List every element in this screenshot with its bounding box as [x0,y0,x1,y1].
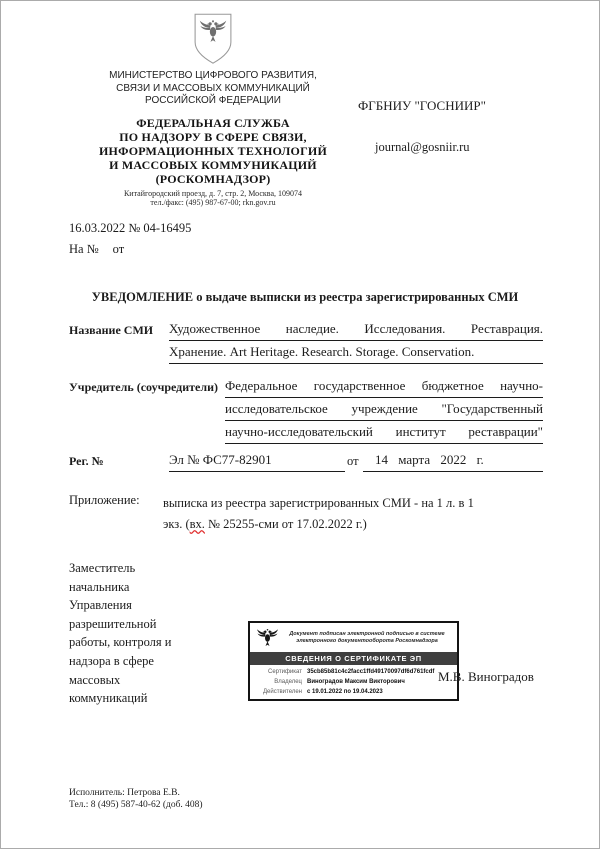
service-line: И МАССОВЫХ КОММУНИКАЦИЙ [69,158,357,172]
signer-position-line: коммуникаций [69,689,229,708]
executor-phone: Тел.: 8 (495) 587-40-62 (доб. 408) [69,800,203,812]
certificate-value: Виноградов Максим Викторович [307,677,405,687]
stamp-header-line: электронного документооборота Роскомнадз… [280,638,454,645]
founder-line: Федеральное государственное бюджетное на… [225,375,543,398]
attachment-spellcheck-word: вх. [190,517,205,531]
ministry-line: СВЯЗИ И МАССОВЫХ КОММУНИКАЦИЙ [69,83,357,96]
founder-value: Федеральное государственное бюджетное на… [225,375,543,444]
reg-number-value: Эл № ФС77-82901 [163,449,345,472]
certificate-details: Сертификат 35cb85b81c4c2facc1ffd49170097… [250,665,457,697]
ministry-line: МИНИСТЕРСТВО ЦИФРОВОГО РАЗВИТИЯ, [69,70,357,83]
certificate-label: Сертификат [252,667,302,677]
stamp-header-line: Документ подписан электронной подписью в… [280,631,454,638]
attachment-line: выписка из реестра зарегистрированных СМ… [163,493,549,514]
certificate-value: 35cb85b81c4c2facc1ffd49170097df6d761fcdf [307,667,434,677]
certificate-value: с 19.01.2022 по 19.04.2023 [307,687,383,697]
attachment-text-after: № 25255-сми от 17.02.2022 г.) [205,517,367,531]
address-line: тел./факс: (495) 987-67-00; rkn.gov.ru [69,198,357,208]
signer-position-line: массовых [69,671,229,690]
executor-name: Исполнитель: Петрова Е.В. [69,788,203,800]
reg-number-text: Эл № ФС77-82901 [169,449,345,472]
attachment-label: Приложение: [69,493,140,508]
coat-of-arms-icon [193,11,233,67]
service-name: ФЕДЕРАЛЬНАЯ СЛУЖБА ПО НАДЗОРУ В СФЕРЕ СВ… [69,116,357,186]
media-name-line: Художественное наследие. Исследования. Р… [169,318,543,341]
stamp-header-text: Документ подписан электронной подписью в… [280,631,454,645]
signer-position: Заместитель начальника Управления разреш… [69,559,229,708]
signer-position-line: Заместитель [69,559,229,578]
incoming-reference-line: На №от [69,242,191,257]
founder-line: исследовательское учреждение "Государств… [225,398,543,421]
signer-position-line: разрешительной [69,615,229,634]
letterhead: МИНИСТЕРСТВО ЦИФРОВОГО РАЗВИТИЯ, СВЯЗИ И… [69,11,357,208]
attachment-line: экз. (вх. № 25255-сми от 17.02.2022 г.) [163,514,549,535]
recipient-email: journal@gosniir.ru [375,140,470,155]
service-line: (РОСКОМНАДЗОР) [69,172,357,186]
media-name-line: Хранение. Art Heritage. Research. Storag… [169,341,543,364]
certificate-label: Владелец [252,677,302,687]
signer-name: М.В. Виноградов [438,669,534,685]
media-name-value: Художественное наследие. Исследования. Р… [169,318,543,364]
agency-address: Китайгородский проезд, д. 7, стр. 2, Мос… [69,189,357,208]
attachment-text-before: экз. ( [163,517,190,531]
founder-label: Учредитель (соучредители) [69,380,218,395]
document-page: МИНИСТЕРСТВО ЦИФРОВОГО РАЗВИТИЯ, СВЯЗИ И… [0,0,600,849]
reg-date-text: 14 марта 2022 г. [363,449,543,472]
ref-suffix: от [113,242,125,256]
address-line: Китайгородский проезд, д. 7, стр. 2, Мос… [69,189,357,199]
reg-date-value: 14 марта 2022 г. [363,449,543,472]
certificate-row: Владелец Виноградов Максим Викторович [252,677,453,687]
e-signature-stamp: Документ подписан электронной подписью в… [248,621,459,701]
founder-line: научно-исследовательский институт рестав… [225,421,543,444]
service-line: ФЕДЕРАЛЬНАЯ СЛУЖБА [69,116,357,130]
reg-number-label: Рег. № [69,454,104,469]
media-name-label: Название СМИ [69,323,153,338]
ministry-name: МИНИСТЕРСТВО ЦИФРОВОГО РАЗВИТИЯ, СВЯЗИ И… [69,70,357,108]
signer-position-line: начальника [69,578,229,597]
recipient-name: ФГБНИУ "ГОСНИИР" [358,98,486,114]
ministry-line: РОССИЙСКОЙ ФЕДЕРАЦИИ [69,95,357,108]
signer-position-line: Управления [69,596,229,615]
certificate-label: Действителен [252,687,302,697]
stamp-header: Документ подписан электронной подписью в… [250,623,457,652]
service-line: ПО НАДЗОРУ В СФЕРЕ СВЯЗИ, [69,130,357,144]
signer-position-line: надзора в сфере [69,652,229,671]
document-title: УВЕДОМЛЕНИЕ о выдаче выписки из реестра … [69,290,541,305]
outgoing-date-number: 16.03.2022 № 04-16495 [69,221,191,236]
reg-ot-word: от [347,454,359,469]
executor-footer: Исполнитель: Петрова Е.В. Тел.: 8 (495) … [69,788,203,811]
service-line: ИНФОРМАЦИОННЫХ ТЕХНОЛОГИЙ [69,144,357,158]
stamp-title: СВЕДЕНИЯ О СЕРТИФИКАТЕ ЭП [250,652,457,665]
outgoing-reference-block: 16.03.2022 № 04-16495 На №от [69,221,191,257]
stamp-eagle-icon [255,625,280,650]
attachment-text: выписка из реестра зарегистрированных СМ… [163,493,549,535]
ref-prefix: На № [69,242,99,256]
certificate-row: Действителен с 19.01.2022 по 19.04.2023 [252,687,453,697]
signer-position-line: работы, контроля и [69,633,229,652]
certificate-row: Сертификат 35cb85b81c4c2facc1ffd49170097… [252,667,453,677]
